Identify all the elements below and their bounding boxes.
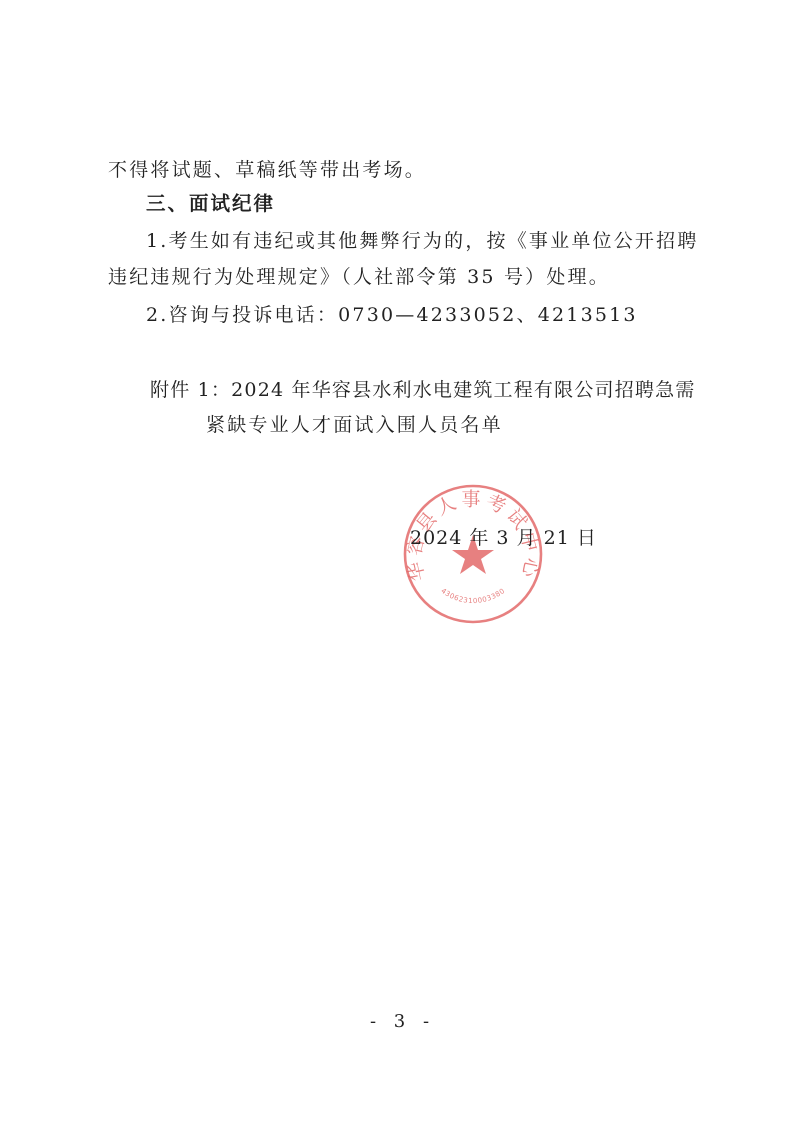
paragraph-rule-1-line1: 1.考生如有违纪或其他舞弊行为的，按《事业单位公开招聘: [146, 226, 699, 253]
section-heading-interview-discipline: 三、面试纪律: [146, 188, 275, 216]
paragraph-contact-phone: 2.咨询与投诉电话：0730—4233052、4213513: [146, 300, 638, 327]
signature-date: 2024 年 3 月 21 日: [410, 523, 597, 550]
page-number: - 3 -: [370, 1011, 435, 1032]
attachment-line1: 附件 1：2024 年华容县水利水电建筑工程有限公司招聘急需: [150, 375, 696, 402]
paragraph-exam-materials: 不得将试题、草稿纸等带出考场。: [108, 155, 426, 182]
svg-text:43062310003380: 43062310003380: [439, 587, 506, 605]
official-seal-icon: 华容县人事考试中心 43062310003380: [402, 483, 544, 625]
attachment-line2: 紧缺专业人才面试入围人员名单: [206, 410, 503, 437]
paragraph-rule-1-line2: 违纪违规行为处理规定》（人社部令第 35 号）处理。: [108, 262, 610, 289]
